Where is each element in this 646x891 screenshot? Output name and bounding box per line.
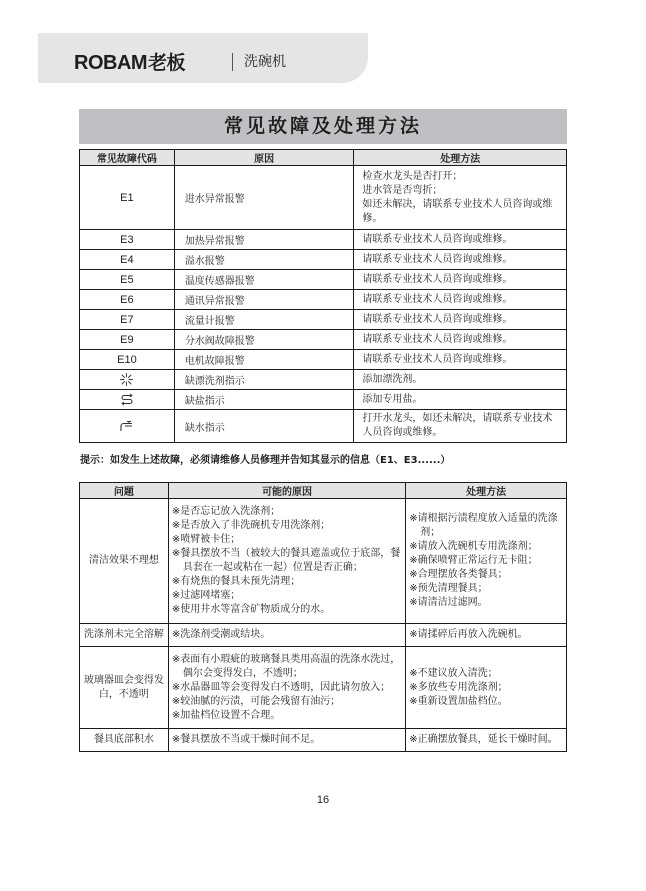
- solution-line: 如还未解决，请联系专业技术人员咨询或维修。: [362, 198, 562, 226]
- fault-solution: 添加专用盐。: [354, 390, 567, 410]
- fault-solution: 请联系专业技术人员咨询或维修。: [354, 330, 567, 350]
- fault-cause: 缺漂洗剂指示: [174, 370, 354, 390]
- table-row: E7 流量计报警 请联系专业技术人员咨询或维修。: [80, 310, 567, 330]
- page-number: 16: [0, 794, 646, 806]
- column-header-solution: 处理方法: [406, 483, 567, 499]
- problem: 清洁效果不理想: [80, 499, 169, 624]
- table-row: 玻璃器皿会变得发白，不透明 ※表面有小瑕疵的玻璃餐具类用高温的洗涤水洗过，偶尔会…: [80, 647, 567, 729]
- cause-item: ※餐具摆放不当或干燥时间不足。: [172, 733, 403, 747]
- problem: 餐具底部积水: [80, 729, 169, 752]
- fault-solution: 添加漂洗剂。: [354, 370, 567, 390]
- cause-item: ※是否放入了非洗碗机专用洗涤剂；: [172, 519, 403, 533]
- brand-separator: [232, 53, 233, 71]
- table-row: E6 通讯异常报警 请联系专业技术人员咨询或维修。: [80, 290, 567, 310]
- rinse-aid-icon: [120, 373, 133, 385]
- cause-item: ※加盐档位设置不合理。: [172, 709, 403, 723]
- cause-item: ※有烧焦的餐具未预先清理；: [172, 575, 403, 589]
- cause-item: ※使用井水等富含矿物质成分的水。: [172, 603, 403, 617]
- fault-solution: 请联系专业技术人员咨询或维修。: [354, 310, 567, 330]
- column-header-solution: 处理方法: [354, 150, 567, 166]
- column-header-cause: 原因: [174, 150, 354, 166]
- troubleshooting-table: 问题 可能的原因 处理方法 清洁效果不理想 ※是否忘记放入洗涤剂； ※是否放入了…: [79, 482, 567, 752]
- fault-cause: 分水阀故障报警: [174, 330, 354, 350]
- possible-causes: ※餐具摆放不当或干燥时间不足。: [168, 729, 405, 752]
- table-row: E9 分水阀故障报警 请联系专业技术人员咨询或维修。: [80, 330, 567, 350]
- column-header-code: 常见故障代码: [80, 150, 175, 166]
- table-row: 洗涤剂未完全溶解 ※洗涤剂受潮或结块。 ※请揉碎后再放入洗碗机。: [80, 624, 567, 647]
- fault-solution: 打开水龙头，如还未解决，请联系专业技术人员咨询或维修。: [354, 410, 567, 443]
- cause-item: ※餐具摆放不当（被较大的餐具遮盖或位于底部，餐具套在一起或粘在一起）位置是否正确…: [172, 547, 403, 575]
- possible-causes: ※表面有小瑕疵的玻璃餐具类用高温的洗涤水洗过，偶尔会变得发白，不透明； ※水晶器…: [168, 647, 405, 729]
- table-row: 缺盐指示 添加专用盐。: [80, 390, 567, 410]
- problem: 洗涤剂未完全溶解: [80, 624, 169, 647]
- solution-line: 进水管是否弯折；: [362, 184, 562, 198]
- fault-cause: 加热异常报警: [174, 230, 354, 250]
- solutions: ※请根据污渍程度放入适量的洗涤剂； ※请放入洗碗机专用洗涤剂； ※确保喷臂正常运…: [406, 499, 567, 624]
- cause-item: ※是否忘记放入洗涤剂；: [172, 505, 403, 519]
- fault-code: E5: [80, 270, 175, 290]
- fault-cause: 温度传感器报警: [174, 270, 354, 290]
- brand-name-en: ROBAM: [74, 52, 147, 74]
- solutions: ※不建议放入清洗； ※多放些专用洗涤剂； ※重新设置加盐档位。: [406, 647, 567, 729]
- solution-item: ※确保喷臂正常运行无卡阻；: [409, 554, 564, 568]
- fault-code: E1: [80, 166, 175, 230]
- fault-code: E7: [80, 310, 175, 330]
- cause-item: ※过滤网堵塞；: [172, 589, 403, 603]
- problem: 玻璃器皿会变得发白，不透明: [80, 647, 169, 729]
- fault-code: E4: [80, 250, 175, 270]
- fault-code: E3: [80, 230, 175, 250]
- fault-cause: 缺水指示: [174, 410, 354, 443]
- page-title: 常见故障及处理方法: [79, 109, 567, 144]
- fault-solution: 请联系专业技术人员咨询或维修。: [354, 250, 567, 270]
- table-row: 缺水指示 打开水龙头，如还未解决，请联系专业技术人员咨询或维修。: [80, 410, 567, 443]
- solution-item: ※不建议放入清洗；: [409, 667, 564, 681]
- cause-item: ※表面有小瑕疵的玻璃餐具类用高温的洗涤水洗过，偶尔会变得发白，不透明；: [172, 653, 403, 681]
- table-row: E5 温度传感器报警 请联系专业技术人员咨询或维修。: [80, 270, 567, 290]
- fault-solution: 请联系专业技术人员咨询或维修。: [354, 290, 567, 310]
- table-row: 缺漂洗剂指示 添加漂洗剂。: [80, 370, 567, 390]
- table-row: 清洁效果不理想 ※是否忘记放入洗涤剂； ※是否放入了非洗碗机专用洗涤剂； ※喷臂…: [80, 499, 567, 624]
- possible-causes: ※洗涤剂受潮或结块。: [168, 624, 405, 647]
- indicator-cell: [80, 370, 175, 390]
- brand-name-cn: 老板: [148, 53, 185, 74]
- fault-solution: 请联系专业技术人员咨询或维修。: [354, 350, 567, 370]
- salt-icon: [120, 393, 134, 405]
- cause-item: ※喷臂被卡住；: [172, 533, 403, 547]
- solution-item: ※请清洁过滤网。: [409, 596, 564, 610]
- solution-item: ※重新设置加盐档位。: [409, 695, 564, 709]
- cause-item: ※洗涤剂受潮或结块。: [172, 628, 403, 642]
- fault-cause: 流量计报警: [174, 310, 354, 330]
- cause-item: ※较油腻的污渍，可能会残留有油污；: [172, 695, 403, 709]
- product-name: 洗碗机: [244, 52, 286, 72]
- solution-line: 检查水龙头是否打开；: [362, 170, 562, 184]
- cause-item: ※水晶器皿等会变得发白不透明，因此请勿放入；: [172, 681, 403, 695]
- fault-solution: 请联系专业技术人员咨询或维修。: [354, 230, 567, 250]
- brand-logo: ROBAM老板: [74, 52, 185, 75]
- indicator-cell: [80, 410, 175, 443]
- fault-code: E10: [80, 350, 175, 370]
- service-note: 提示：如发生上述故障，必须请维修人员修理并告知其显示的信息（E1、E3.....…: [80, 451, 450, 466]
- solutions: ※正确摆放餐具，延长干燥时间。: [406, 729, 567, 752]
- column-header-problem: 问题: [80, 483, 169, 499]
- solution-item: ※合理摆放各类餐具；: [409, 568, 564, 582]
- solution-item: ※请放入洗碗机专用洗涤剂；: [409, 540, 564, 554]
- possible-causes: ※是否忘记放入洗涤剂； ※是否放入了非洗碗机专用洗涤剂； ※喷臂被卡住； ※餐具…: [168, 499, 405, 624]
- fault-cause: 电机故障报警: [174, 350, 354, 370]
- solutions: ※请揉碎后再放入洗碗机。: [406, 624, 567, 647]
- solution-item: ※正确摆放餐具，延长干燥时间。: [409, 733, 564, 747]
- column-header-possible-cause: 可能的原因: [168, 483, 405, 499]
- fault-code: E6: [80, 290, 175, 310]
- table-row: E1 进水异常报警 检查水龙头是否打开； 进水管是否弯折； 如还未解决，请联系专…: [80, 166, 567, 230]
- fault-cause: 缺盐指示: [174, 390, 354, 410]
- solution-item: ※多放些专用洗涤剂；: [409, 681, 564, 695]
- solution-item: ※预先清理餐具；: [409, 582, 564, 596]
- fault-cause: 通讯异常报警: [174, 290, 354, 310]
- solution-item: ※请根据污渍程度放入适量的洗涤剂；: [409, 512, 564, 540]
- table-row: E3 加热异常报警 请联系专业技术人员咨询或维修。: [80, 230, 567, 250]
- fault-cause: 溢水报警: [174, 250, 354, 270]
- indicator-cell: [80, 390, 175, 410]
- fault-solution: 请联系专业技术人员咨询或维修。: [354, 270, 567, 290]
- fault-cause: 进水异常报警: [174, 166, 354, 230]
- table-row: 餐具底部积水 ※餐具摆放不当或干燥时间不足。 ※正确摆放餐具，延长干燥时间。: [80, 729, 567, 752]
- table-row: E10 电机故障报警 请联系专业技术人员咨询或维修。: [80, 350, 567, 370]
- water-tap-icon: [119, 420, 134, 432]
- solution-item: ※请揉碎后再放入洗碗机。: [409, 628, 564, 642]
- table-row: E4 溢水报警 请联系专业技术人员咨询或维修。: [80, 250, 567, 270]
- fault-solution: 检查水龙头是否打开； 进水管是否弯折； 如还未解决，请联系专业技术人员咨询或维修…: [354, 166, 567, 230]
- fault-code-table: 常见故障代码 原因 处理方法 E1 进水异常报警 检查水龙头是否打开； 进水管是…: [79, 149, 567, 443]
- fault-code: E9: [80, 330, 175, 350]
